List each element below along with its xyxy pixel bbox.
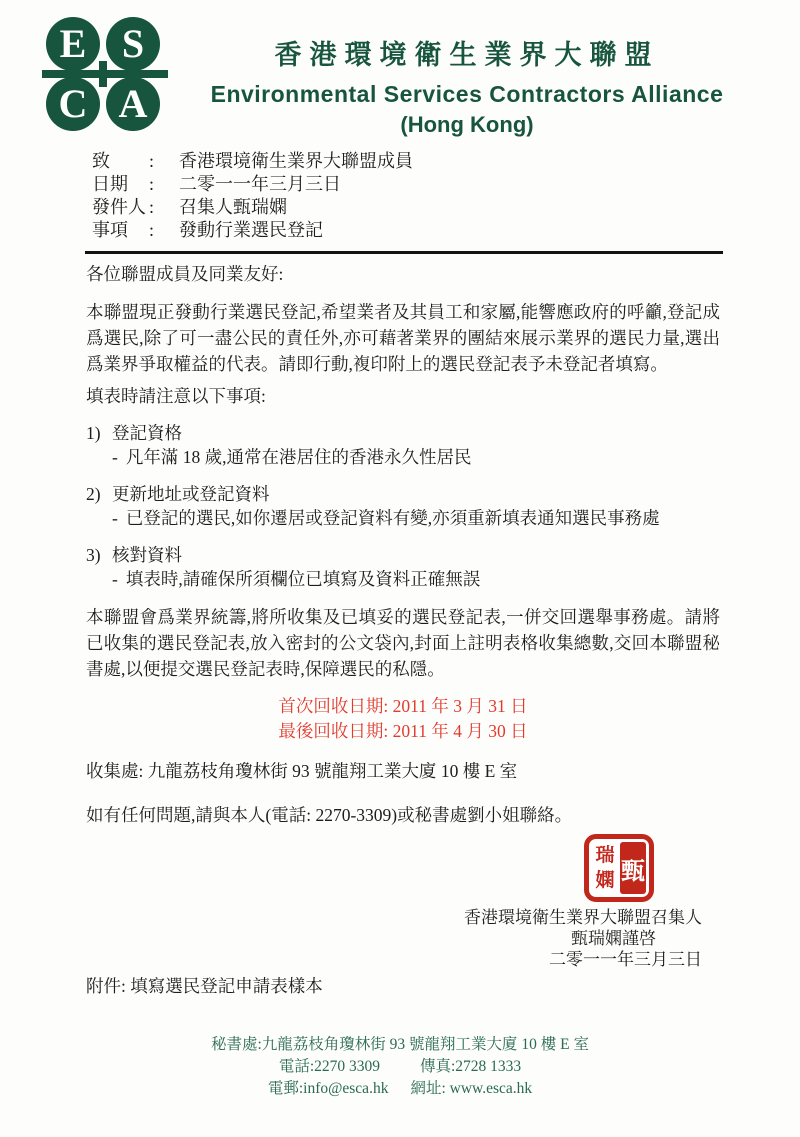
org-title-region: (Hong Kong) [164,112,770,138]
dash-bullet: - [112,506,118,530]
footer-phone: 電話:2270 3309 [279,1058,380,1075]
note-item-2-title-row: 2) 更新地址或登記資料 [86,482,720,506]
logo-letter-e-text: E [60,24,87,64]
attachment-section: 附件: 填寫選民登記申請表樣本 [86,974,720,998]
note-item-2-number: 2) [86,482,112,506]
dash-bullet: - [112,445,118,469]
letterhead: E S C A 香港環境衛生業界大聯盟 Environmental Servic… [0,15,800,138]
deadline-dates: 首次回收日期: 2011 年 3 月 31 日 最後回收日期: 2011 年 4… [86,694,720,744]
meta-row-subject: 事項 : 發動行業選民登記 [92,219,800,241]
logo-letter-s: S [106,17,160,71]
dash-bullet: - [112,567,118,591]
note-item-2-detail: - 已登記的選民,如你遷居或登記資料有變,亦須重新填表通知選民事務處 [86,506,720,530]
meta-colon: : [149,150,179,172]
meta-label-sender: 發件人 [92,196,149,218]
meta-value-sender: 召集人甄瑞嫻 [179,196,287,218]
meta-colon: : [149,196,179,218]
footer-email: 電郵:info@esca.hk [268,1080,389,1097]
meta-colon: : [149,219,179,241]
org-titles: 香港環境衛生業界大聯盟 Environmental Services Contr… [164,15,800,138]
note-item-1-detail-text: 凡年滿 18 歲,通常在港居住的香港永久性居民 [126,445,720,469]
note-item-2: 2) 更新地址或登記資料 - 已登記的選民,如你遷居或登記資料有變,亦須重新填表… [86,482,720,530]
note-item-2-detail-text: 已登記的選民,如你遷居或登記資料有變,亦須重新填表通知選民事務處 [126,506,720,530]
seal-right-character: 甄 [620,842,646,894]
footer-website: 網址: www.esca.hk [410,1080,532,1097]
esca-logo: E S C A [46,15,164,133]
logo-letter-c-text: C [59,84,88,124]
note-item-1-title-row: 1) 登記資格 [86,421,720,445]
footer-phone-fax-row: 電話:2270 3309傳真:2728 1333 [0,1056,800,1078]
salutation: 各位聯盟成員及同業友好: [86,262,720,286]
logo-letter-s-text: S [122,24,144,64]
note-item-1: 1) 登記資格 - 凡年滿 18 歲,通常在港居住的香港永久性居民 [86,421,720,469]
contact-line: 如有任何問題,請與本人(電話: 2270-3309)或秘書處劉小姐聯絡。 [86,803,720,827]
secretariat-footer: 秘書處:九龍荔枝角瓊林街 93 號龍翔工業大廈 10 樓 E 室 電話:2270… [0,1034,800,1100]
meta-label-subject: 事項 [92,219,149,241]
notes-intro: 填表時請注意以下事項: [86,384,720,408]
signature-date: 二零一一年三月三日 [0,949,702,970]
meta-row-date: 日期 : 二零一一年三月三日 [92,173,800,195]
seal-char-bottom: 嫻 [595,868,614,893]
footer-fax: 傳真:2728 1333 [420,1058,521,1075]
org-title-en: Environmental Services Contractors Allia… [164,81,770,108]
meta-colon: : [149,173,179,195]
first-collection-date: 首次回收日期: 2011 年 3 月 31 日 [86,694,720,719]
letter-body: 各位聯盟成員及同業友好: 本聯盟現正發動行業選民登記,希望業者及其員工和家屬,能… [86,262,720,827]
last-collection-date: 最後回收日期: 2011 年 4 月 30 日 [86,719,720,744]
note-item-3: 3) 核對資料 - 填表時,請確保所須欄位已填寫及資料正確無誤 [86,543,720,591]
meta-label-to: 致 [92,150,149,172]
intro-paragraph: 本聯盟現正發動行業選民登記,希望業者及其員工和家屬,能響應政府的呼籲,登記成爲選… [86,299,720,377]
logo-letter-a: A [106,77,160,131]
seal-area: 瑞 嫻 甄 [0,834,654,902]
footer-address: 秘書處:九龍荔枝角瓊林街 93 號龍翔工業大廈 10 樓 E 室 [0,1034,800,1056]
meta-value-to: 香港環境衛生業界大聯盟成員 [179,150,413,172]
seal-char-top: 瑞 [595,843,614,868]
signature-title: 香港環境衛生業界大聯盟召集人 [0,907,702,928]
logo-letter-a-text: A [119,84,148,124]
note-item-3-detail-text: 填表時,請確保所須欄位已填寫及資料正確無誤 [126,567,720,591]
signature-block: 香港環境衛生業界大聯盟召集人 甄瑞嫻謹啓 二零一一年三月三日 [0,907,800,970]
horizontal-rule [85,251,723,254]
org-title-zh: 香港環境衛生業界大聯盟 [164,33,770,72]
meta-value-date: 二零一一年三月三日 [179,173,341,195]
note-item-3-title-row: 3) 核對資料 [86,543,720,567]
signature-name: 甄瑞嫻謹啓 [0,928,656,949]
seal-left-characters: 瑞 嫻 [592,842,618,894]
logo-letter-c: C [46,77,100,131]
note-item-2-title: 更新地址或登記資料 [112,482,270,506]
note-item-1-title: 登記資格 [112,421,182,445]
meta-value-subject: 發動行業選民登記 [179,219,323,241]
footer-email-web-row: 電郵:info@esca.hk網址: www.esca.hk [0,1078,800,1100]
note-item-3-detail: - 填表時,請確保所須欄位已填寫及資料正確無誤 [86,567,720,591]
closing-paragraph: 本聯盟會爲業界統籌,將所收集及已填妥的選民登記表,一併交回選舉事務處。請將已收集… [86,604,720,682]
red-seal-stamp: 瑞 嫻 甄 [584,834,654,902]
note-item-3-title: 核對資料 [112,543,182,567]
meta-row-sender: 發件人 : 召集人甄瑞嫻 [92,196,800,218]
logo-letter-e: E [46,17,100,71]
meta-label-date: 日期 [92,173,149,195]
letter-page: E S C A 香港環境衛生業界大聯盟 Environmental Servic… [0,0,800,1137]
collection-location: 收集處: 九龍荔枝角瓊林街 93 號龍翔工業大廈 10 樓 E 室 [86,759,720,783]
attachment-note: 附件: 填寫選民登記申請表樣本 [86,974,720,998]
note-item-3-number: 3) [86,543,112,567]
meta-row-to: 致 : 香港環境衛生業界大聯盟成員 [92,150,800,172]
note-item-1-detail: - 凡年滿 18 歲,通常在港居住的香港永久性居民 [86,445,720,469]
logo-connector-icon [99,61,107,87]
note-item-1-number: 1) [86,421,112,445]
letter-meta: 致 : 香港環境衛生業界大聯盟成員 日期 : 二零一一年三月三日 發件人 : 召… [92,150,800,241]
